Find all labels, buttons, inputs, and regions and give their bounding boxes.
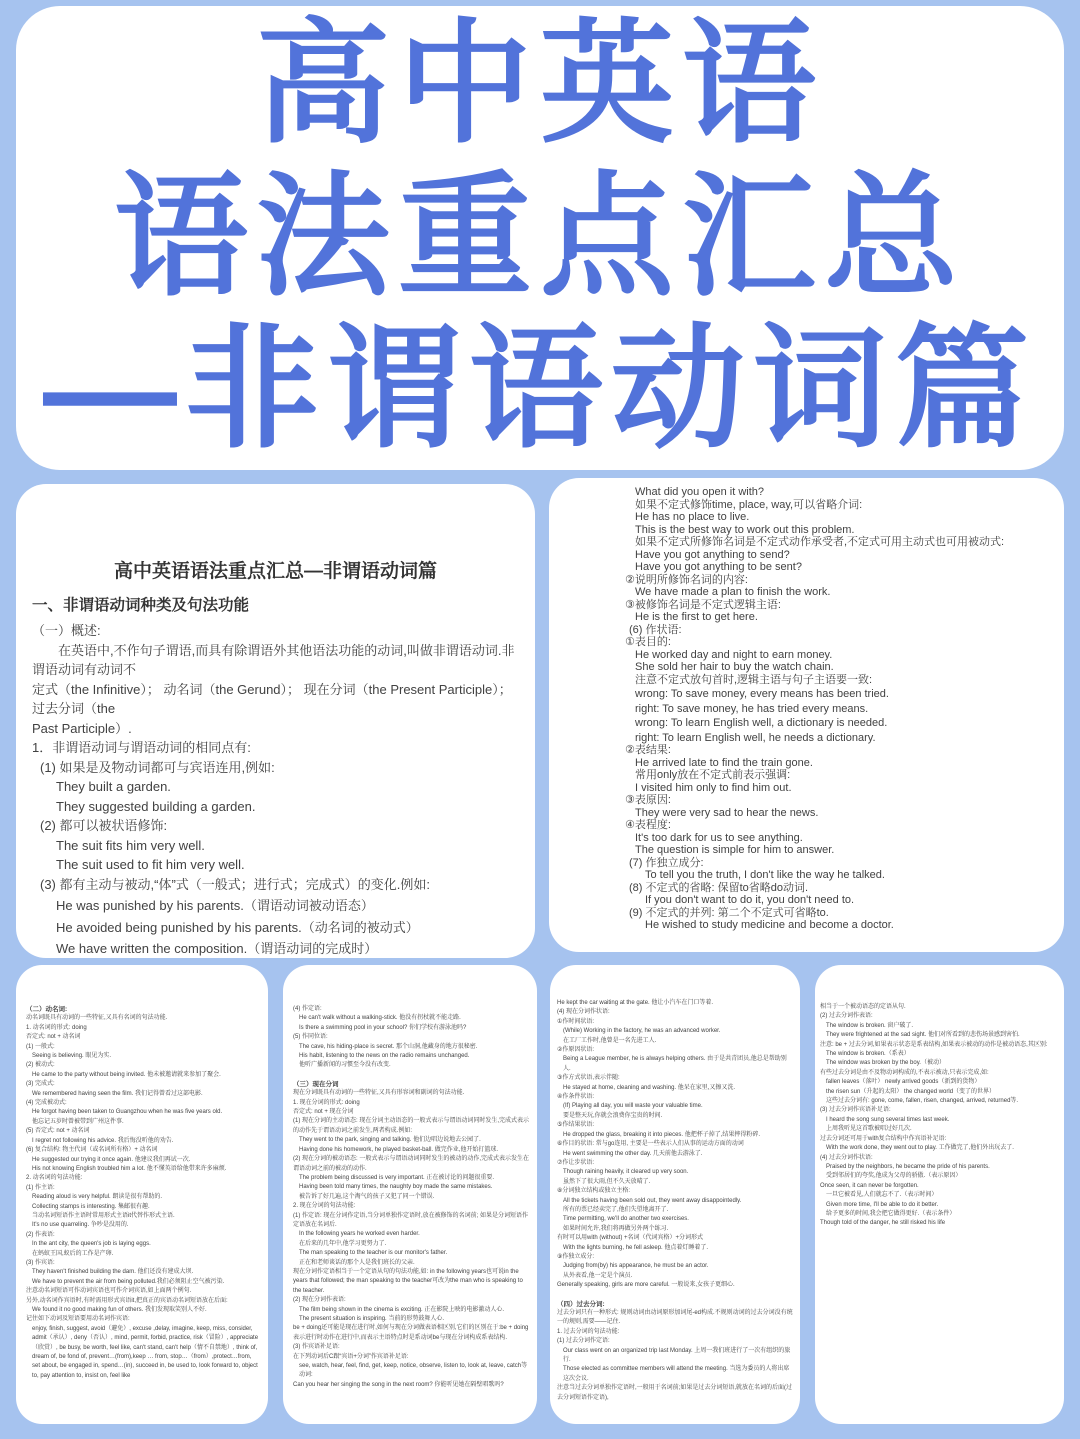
doc-line: They went to the park, singing and talki…: [293, 1136, 529, 1145]
doc-line: (2) 现在分词作表语:: [293, 1296, 529, 1305]
doc-line: 要是整天玩,你就会浪费你宝贵的时间.: [557, 1112, 794, 1121]
doc-line: Generally speaking, girls are more caref…: [557, 1281, 794, 1290]
doc-line: I visited him only to find him out.: [625, 782, 1056, 795]
doc-line: ①表目的:: [625, 636, 1056, 649]
doc-line: (4) 过去分词作状语:: [820, 1154, 1058, 1163]
doc-line: (2) 作表语:: [26, 1231, 260, 1240]
doc-line: He arrived late to find the train gone.: [625, 757, 1056, 770]
doc-line: 一旦它被看见,人们就忘不了.（表示时间）: [820, 1191, 1058, 1200]
doc-line: With the lights burning, he fell asleep.…: [557, 1244, 794, 1253]
doc-line: (6) 作状语:: [625, 624, 1056, 637]
doc-line: We found it no good making fun of others…: [26, 1306, 260, 1315]
doc-line: （三）现在分词: [293, 1080, 529, 1089]
doc-line: His not knowing English troubled him a l…: [26, 1165, 260, 1174]
doc-line: (9) 不定式的并列: 第二个不定式可省略to.: [625, 907, 1056, 920]
doc-line: 有些过去分词是由不及物动词构成的,不表示被动,只表示完成,如:: [820, 1069, 1058, 1078]
doc-line: 1. 过去分词的句法功能:: [557, 1328, 794, 1337]
doc-line: ⑥作目的状语: 常与go连用, 主要是一些表示人们从事的运动方面的动词: [557, 1140, 794, 1149]
doc-line: 这些过去分词有: gone, come, fallen, risen, chan…: [820, 1097, 1058, 1106]
doc-line: 他听广播新闻的习惯至今没有改变.: [293, 1061, 529, 1070]
doc-title: 高中英语语法重点汇总—非谓语动词篇: [32, 562, 519, 582]
doc-line: The window is broken.（系表）: [820, 1050, 1058, 1059]
doc-line: Though told of the danger, he still risk…: [820, 1219, 1058, 1228]
doc-line: 被告诉了好几遍,这个淘气的孩子又犯了同一个错误.: [293, 1193, 529, 1202]
doc-line: The man speaking to the teacher is our m…: [293, 1249, 529, 1258]
doc-lines: （二）动名词:动名词既具有动词的一些特征,又具有名词的句法功能.1. 动名词的形…: [16, 965, 268, 1381]
doc-line: (4) 现在分词作状语:: [557, 1008, 794, 1017]
doc-line: 如果时间允许,我们将再做另外两个练习.: [557, 1225, 794, 1234]
doc-lines: （一）概述:在英语中,不作句子谓语,而具有除谓语外其他语法功能的动词,叫做非谓语…: [32, 621, 519, 958]
doc-line: They haven't finished building the dam. …: [26, 1268, 260, 1277]
doc-line: 如果不定式修饰time, place, way,可以省略介词:: [625, 499, 1056, 512]
doc-line: Judging from(by) his appearance, he must…: [557, 1262, 794, 1271]
doc-line: He can't walk without a walking-stick. 他…: [293, 1014, 529, 1023]
doc-line: 所有的票已经卖完了,他们失望地离开了.: [557, 1206, 794, 1215]
doc-line: (5) 否定式: not + 动名词: [26, 1127, 260, 1136]
doc-line: In the following years he worked even ha…: [293, 1230, 529, 1239]
doc-thumb-1: （二）动名词:动名词既具有动词的一些特征,又具有名词的句法功能.1. 动名词的形…: [16, 965, 268, 1424]
doc-line: We remembered having seen the film. 我们记得…: [26, 1090, 260, 1099]
doc-line: We have written the composition.（谓语动词的完成…: [32, 939, 519, 958]
doc-line: right: To save money, he has tried every…: [625, 703, 1056, 716]
doc-line: 1. 现在分词的形式: doing: [293, 1099, 529, 1108]
doc-line: (3) 完成式:: [26, 1080, 260, 1089]
doc-line: (2) 过去分词作表语:: [820, 1012, 1058, 1021]
doc-line: (2) 现在分词的被动语态: 一般式表示与谓语动词同时发生的被动的动作,完成式表…: [293, 1155, 529, 1174]
doc-line: ④作条件状语:: [557, 1093, 794, 1102]
doc-line: ②表结果:: [625, 744, 1056, 757]
doc-line: They suggested building a garden.: [32, 797, 519, 817]
doc-line: enjoy, finish, suggest, avoid（避免）, excus…: [26, 1325, 260, 1381]
doc-line: ⑤作结果状语:: [557, 1121, 794, 1130]
doc-line: （四）过去分词:: [557, 1300, 794, 1309]
doc-line: Seeing is believing. 眼见为实.: [26, 1052, 260, 1061]
doc-line: 2. 动名词的句法功能:: [26, 1174, 260, 1183]
doc-line: ③表原因:: [625, 794, 1056, 807]
doc-line: He went swimming the other day. 几天前他去游泳了…: [557, 1150, 794, 1159]
doc-line: He avoided being punished by his parents…: [32, 918, 519, 938]
doc-lines: What did you open it with?如果不定式修饰time, p…: [549, 478, 1064, 932]
hero-title-line-3: —非谓语动词篇: [43, 314, 1037, 467]
doc-line: (1) 如果是及物动词都可与宾语连用,例如:: [32, 758, 519, 778]
doc-line: (8) 不定式的省略: 保留to省略do动词.: [625, 882, 1056, 895]
doc-line: 受到邻居们的夸奖,他成为父母的骄傲.（表示原因）: [820, 1172, 1058, 1181]
doc-line: ③被修饰名词是不定式逻辑主语:: [625, 599, 1056, 612]
doc-line: 1．非谓语动词与谓语动词的相同点有:: [32, 738, 519, 758]
doc-thumb-3: He kept the car waiting at the gate. 他让小…: [550, 965, 800, 1424]
doc-line: 注意不定式放句首时,逻辑主语与句子主语要一致:: [625, 674, 1056, 687]
doc-line: Can you hear her singing the song in the…: [293, 1381, 529, 1390]
doc-line: ④表程度:: [625, 819, 1056, 832]
doc-line: She sold her hair to buy the watch chain…: [625, 661, 1056, 674]
doc-line: Our class went on an organized trip last…: [557, 1347, 794, 1366]
doc-line: He suggested our trying it once again. 他…: [26, 1156, 260, 1165]
doc-line: Though raining heavily, it cleared up ve…: [557, 1168, 794, 1177]
doc-line: 否定式: not + 动名词: [26, 1033, 260, 1042]
doc-line: the risen sun（升起的太阳） the changed world（变…: [820, 1088, 1058, 1097]
hero-title-line-2: 语法重点汇总: [114, 162, 966, 315]
doc-line: 在后来的几年中,他学习更努力了.: [293, 1240, 529, 1249]
doc-line: ①作时间状语:: [557, 1018, 794, 1027]
doc-line: ⑨作独立成分:: [557, 1253, 794, 1262]
doc-line: He kept the car waiting at the gate. 他让小…: [557, 999, 794, 1008]
doc-thumb-2: (4) 作定语:He can't walk without a walking-…: [283, 965, 537, 1424]
doc-line: His habit, listening to the news on the …: [293, 1052, 529, 1061]
doc-line: (While) Working in the factory, he was a…: [557, 1027, 794, 1036]
doc-line: ②说明所修饰名词的内容:: [625, 574, 1056, 587]
doc-line: With the work done, they went out to pla…: [820, 1144, 1058, 1153]
doc-line: 正在和老师谈话的那个人是我们班长的父亲.: [293, 1259, 529, 1268]
doc-line: They were frightened at the sad sight. 他…: [820, 1031, 1058, 1040]
doc-line: (4) 作定语:: [293, 1005, 529, 1014]
doc-line: (7) 作独立成分:: [625, 857, 1056, 870]
doc-line: If you don't want to do it, you don't ne…: [625, 894, 1056, 907]
doc-line: (6) 复合结构: 物主代词（或名词所有格）+ 动名词: [26, 1146, 260, 1155]
doc-line: It's too dark for us to see anything.: [625, 832, 1056, 845]
doc-line: 过去分词还可用于with复合结构中作宾语补足语:: [820, 1135, 1058, 1144]
doc-line: I heard the song sung several times last…: [820, 1116, 1058, 1125]
doc-line: He forgot having been taken to Guangzhou…: [26, 1108, 260, 1117]
doc-line: Reading aloud is very helpful. 朗读是很有帮助的.: [26, 1193, 260, 1202]
doc-line: The problem being discussed is very impo…: [293, 1174, 529, 1183]
title-card: 高中英语 语法重点汇总 —非谓语动词篇: [16, 6, 1064, 470]
doc-line: right: To learn English well, he needs a…: [625, 732, 1056, 745]
doc-line: (3) 过去分词作宾语补足语:: [820, 1106, 1058, 1115]
doc-line: (4) 完成被动式:: [26, 1099, 260, 1108]
doc-line: What did you open it with?: [625, 486, 1056, 499]
doc-line: Being a League member, he is always help…: [557, 1055, 794, 1074]
doc-page-main-content: 高中英语语法重点汇总—非谓语动词篇 一、非谓语动词种类及句法功能 （一）概述:在…: [16, 484, 535, 958]
doc-line: 现在分词既具有动词的一些特征,又具有形容词和副词的句法功能.: [293, 1089, 529, 1098]
doc-line: He came to the party without being invit…: [26, 1071, 260, 1080]
doc-line: （二）动名词:: [26, 1005, 260, 1014]
doc-lines: He kept the car waiting at the gate. 他让小…: [550, 965, 800, 1403]
doc-line: 在英语中,不作句子谓语,而具有除谓语外其他语法功能的动词,叫做非谓语动词.非谓语…: [32, 641, 519, 680]
doc-line: The present situation is inspiring. 当前的形…: [293, 1315, 529, 1324]
doc-line: 在下列动词后C跟“宾语+分词”作宾语补足语:: [293, 1353, 529, 1362]
doc-line: 给予更多的时间,我会把它做得更好.（表示条件）: [820, 1210, 1058, 1219]
doc-page-main: 高中英语语法重点汇总—非谓语动词篇 一、非谓语动词种类及句法功能 （一）概述:在…: [16, 484, 535, 958]
doc-line: 否定式: not + 现在分词: [293, 1108, 529, 1117]
doc-line: I regret not following his advice. 我后悔没听…: [26, 1137, 260, 1146]
doc-line: Past Participle）.: [32, 719, 519, 739]
doc-line: ③作方式状语,表示伴随:: [557, 1074, 794, 1083]
doc-line: 过去分词只有一种形式: 规则动词由动词原形加词尾-ed构成.不规则动词的过去分词…: [557, 1309, 794, 1328]
doc-page-continuation: What did you open it with?如果不定式修饰time, p…: [549, 478, 1064, 952]
doc-line: (3) 作宾语:: [26, 1259, 260, 1268]
doc-line: (2) 被动式:: [26, 1061, 260, 1070]
doc-line: (1) 一般式:: [26, 1043, 260, 1052]
doc-line: They built a garden.: [32, 777, 519, 797]
doc-line: He worked day and night to earn money.: [625, 649, 1056, 662]
doc-line: (2) 都可以被状语修饰:: [32, 816, 519, 836]
doc-line: ②作原因状语:: [557, 1046, 794, 1055]
doc-line: ⑦作让步状语:: [557, 1159, 794, 1168]
doc-line: Having been told many times, the naughty…: [293, 1183, 529, 1192]
doc-lines: 相当于一个被动语态的定语从句.(2) 过去分词作表语:The window is…: [815, 965, 1064, 1229]
doc-line: Time permitting, we'll do another two ex…: [557, 1215, 794, 1224]
post-image: 高中英语 语法重点汇总 —非谓语动词篇 高中英语语法重点汇总—非谓语动词篇 一、…: [0, 0, 1080, 1439]
doc-line: 定式（the Infinitive）； 动名词（the Gerund）； 现在分…: [32, 680, 519, 719]
doc-line: He has no place to live.: [625, 511, 1056, 524]
doc-section-heading: 一、非谓语动词种类及句法功能: [32, 596, 519, 616]
doc-line: The window is broken. 窗户破了.: [820, 1022, 1058, 1031]
doc-line: He wished to study medicine and become a…: [625, 919, 1056, 932]
doc-line: To tell you the truth, I don't like the …: [625, 869, 1056, 882]
doc-line: In the ant city, the queen's job is layi…: [26, 1240, 260, 1249]
doc-line: wrong: To learn English well, a dictiona…: [625, 717, 1056, 730]
doc-line: 从外表看,他一定是个演员.: [557, 1272, 794, 1281]
doc-line: 注意: be + 过去分词,如果表示状态是系表结构,如果表示被动的动作是被动语态…: [820, 1041, 1058, 1050]
doc-line: Given more time, I'll be able to do it b…: [820, 1201, 1058, 1210]
doc-line: (3) 作宾语补足语:: [293, 1343, 529, 1352]
doc-line: Have you got anything to be sent?: [625, 561, 1056, 574]
doc-line: 动名词既具有动词的一些特征,又具有名词的句法功能.: [26, 1014, 260, 1023]
doc-line: All the tickets having been sold out, th…: [557, 1197, 794, 1206]
doc-line: fallen leaves（落叶） newly arrived goods（新到…: [820, 1078, 1058, 1087]
doc-line: 记住如下动词及短语要用动名词作宾语:: [26, 1315, 260, 1324]
doc-line: 当动名词短语作主语时常用形式主语it代替作形式主语.: [26, 1212, 260, 1221]
doc-line: We have to prevent the air from being po…: [26, 1278, 260, 1287]
doc-line: Have you got anything to send?: [625, 549, 1056, 562]
doc-line: Collecting stamps is interesting. 集邮很有趣.: [26, 1203, 260, 1212]
doc-line: He stayed at home, cleaning and washing.…: [557, 1084, 794, 1093]
doc-line: (5) 作同位语:: [293, 1033, 529, 1042]
doc-line: see, watch, hear, feel, find, get, keep,…: [293, 1362, 529, 1381]
doc-line: They were very sad to hear the news.: [625, 807, 1056, 820]
doc-line: 相当于一个被动语态的定语从句.: [820, 1003, 1058, 1012]
doc-line: Once seen, it can never be forgotten.: [820, 1182, 1058, 1191]
doc-line: Having done his homework, he played bask…: [293, 1146, 529, 1155]
doc-line: 如果不定式所修饰名词是不定式动作承受者,不定式可用主动式也可用被动式:: [625, 536, 1056, 549]
doc-line: Those elected as committee members will …: [557, 1365, 794, 1384]
doc-line: wrong: To save money, every means has be…: [625, 688, 1056, 701]
doc-line: ⑧分词独立结构或独立主格:: [557, 1187, 794, 1196]
doc-line: We have made a plan to finish the work.: [625, 586, 1056, 599]
doc-line: (1) 作定语: 现在分词作定语,当分词单独作定语时,放在被修饰的名词前; 如果…: [293, 1212, 529, 1231]
doc-line: 在蚂蚁王国,蚁后的工作是产卵.: [26, 1250, 260, 1259]
doc-line: 在工厂工作时,他曾是一名先进工人.: [557, 1037, 794, 1046]
doc-line: The film being shown in the cinema is ex…: [293, 1306, 529, 1315]
doc-line: The question is simple for him to answer…: [625, 844, 1056, 857]
doc-line: (1) 过去分词作定语:: [557, 1337, 794, 1346]
doc-line: (1) 作主语:: [26, 1184, 260, 1193]
doc-line: The suit fits him very well.: [32, 836, 519, 856]
hero-title-line-1: 高中英语: [256, 9, 824, 162]
doc-line: (3) 都有主动与被动,“体”式（一般式；进行式；完成式）的变化.例如:: [32, 875, 519, 895]
doc-line: This is the best way to work out this pr…: [625, 524, 1056, 537]
doc-line: He is the first to get here.: [625, 611, 1056, 624]
doc-line: Is there a swimming pool in your school?…: [293, 1024, 529, 1033]
doc-line: The suit used to fit him very well.: [32, 855, 519, 875]
doc-line: The cave, his hiding-place is secret. 那个…: [293, 1043, 529, 1052]
doc-lines: (4) 作定语:He can't walk without a walking-…: [283, 965, 537, 1390]
doc-line: 注意当过去分词单独作定语时,一般用于名词前;如果是过去分词短语,就放在名词的后面…: [557, 1384, 794, 1403]
doc-line: 1. 动名词的形式: doing: [26, 1024, 260, 1033]
doc-line: （一）概述:: [32, 621, 519, 641]
doc-line: be + doing还可能是现在进行时,如何与现在分词做表语相区别,它们的区别在…: [293, 1324, 529, 1343]
doc-line: He was punished by his parents.（谓语动词被动语态…: [32, 896, 519, 916]
doc-line: 2. 现在分词的句法功能:: [293, 1202, 529, 1211]
doc-thumb-4: 相当于一个被动语态的定语从句.(2) 过去分词作表语:The window is…: [815, 965, 1064, 1424]
doc-line: The window was broken by the boy.（被动）: [820, 1059, 1058, 1068]
doc-line: 虽然下了很大雨,但不久天放晴了.: [557, 1178, 794, 1187]
doc-line: 有时可以用with (without) +名词（代词宾格）+分词形式: [557, 1234, 794, 1243]
doc-line: 上周我听见这首歌被唱过好几次.: [820, 1125, 1058, 1134]
doc-line: It's no use quarreling. 争吵是没用的.: [26, 1221, 260, 1230]
doc-line: (1) 现在分词的主动语态: 现在分词主动语态的一般式表示与谓语动词同时发生,完…: [293, 1117, 529, 1136]
doc-line: Praised by the neighbors, he became the …: [820, 1163, 1058, 1172]
doc-line: 他忘记五岁时曾被带到广州这件事.: [26, 1118, 260, 1127]
doc-line: 另外,动名词作宾语时,有时需用形式宾语it,把真正的宾语动名词短语放在后面:: [26, 1297, 260, 1306]
doc-line: 注意动名词短语可作动词宾语也可作介词宾语,如上面两个例句.: [26, 1287, 260, 1296]
doc-line: (If) Playing all day, you will waste you…: [557, 1102, 794, 1111]
doc-line: 现在分词作定语相当于一个定语从句的句法功能,如: in the followin…: [293, 1268, 529, 1296]
doc-line: 常用only放在不定式前表示强调:: [625, 769, 1056, 782]
doc-line: He dropped the glass, breaking it into p…: [557, 1131, 794, 1140]
